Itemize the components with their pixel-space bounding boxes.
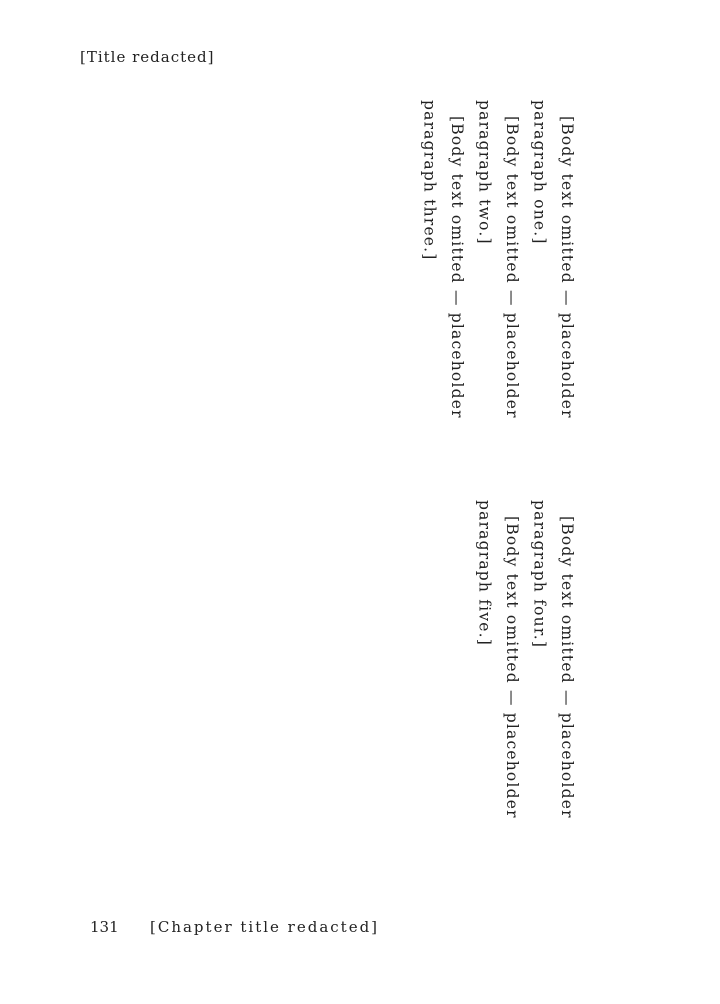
paragraph: [Body text omitted — placeholder paragra… <box>525 500 580 870</box>
page-number: 131 <box>90 918 119 936</box>
chapter-title: [Chapter title redacted] <box>150 918 379 936</box>
top-text-block: [Body text omitted — placeholder paragra… <box>110 100 580 470</box>
paragraph: [Body text omitted — placeholder paragra… <box>470 100 525 470</box>
running-head: [Title redacted] <box>80 48 214 66</box>
paragraph: [Body text omitted — placeholder paragra… <box>415 100 470 470</box>
bottom-text-block: [Body text omitted — placeholder paragra… <box>110 500 580 870</box>
paragraph: [Body text omitted — placeholder paragra… <box>525 100 580 470</box>
paragraph: [Body text omitted — placeholder paragra… <box>470 500 525 870</box>
